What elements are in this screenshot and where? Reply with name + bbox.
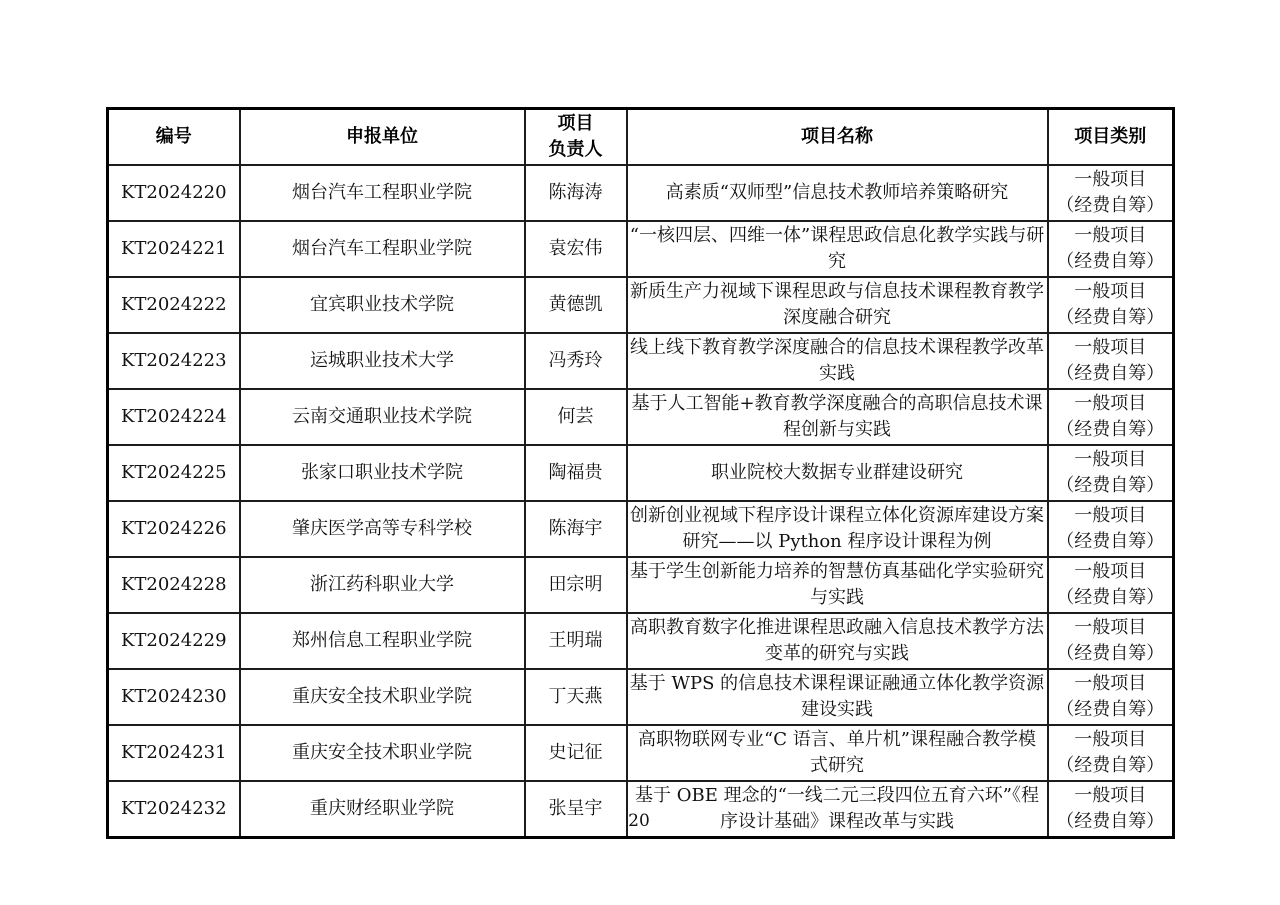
cell-project-id: KT2024225 [108,445,240,501]
cell-category: 一般项目 （经费自筹） [1048,389,1174,445]
cell-category: 一般项目 （经费自筹） [1048,445,1174,501]
cell-category: 一般项目 （经费自筹） [1048,221,1174,277]
table-row: KT2024221 烟台汽车工程职业学院 袁宏伟 “一核四层、四维一体”课程思政… [108,221,1174,277]
cell-leader: 何芸 [525,389,627,445]
cell-title: 高职物联网专业“C 语言、单片机”课程融合教学模式研究 [627,725,1048,781]
cell-title: 新质生产力视域下课程思政与信息技术课程教育教学深度融合研究 [627,277,1048,333]
cell-title: 基于学生创新能力培养的智慧仿真基础化学实验研究与实践 [627,557,1048,613]
page-number: 20 [106,811,1172,831]
cell-leader: 陶福贵 [525,445,627,501]
cell-leader: 冯秀玲 [525,333,627,389]
cell-title: 高素质“双师型”信息技术教师培养策略研究 [627,165,1048,221]
cell-project-id: KT2024226 [108,501,240,557]
cell-unit: 肇庆医学高等专科学校 [240,501,525,557]
table-row: KT2024224 云南交通职业技术学院 何芸 基于人工智能+教育教学深度融合的… [108,389,1174,445]
header-cell-category: 项目类别 [1048,109,1174,166]
cell-unit: 烟台汽车工程职业学院 [240,165,525,221]
cell-unit: 宜宾职业技术学院 [240,277,525,333]
cell-unit: 浙江药科职业大学 [240,557,525,613]
cell-title: 基于 WPS 的信息技术课程课证融通立体化教学资源建设实践 [627,669,1048,725]
table-row: KT2024231 重庆安全技术职业学院 史记征 高职物联网专业“C 语言、单片… [108,725,1174,781]
cell-leader: 史记征 [525,725,627,781]
header-cell-title: 项目名称 [627,109,1048,166]
cell-project-id: KT2024230 [108,669,240,725]
cell-project-id: KT2024224 [108,389,240,445]
cell-leader: 黄德凯 [525,277,627,333]
header-cell-id: 编号 [108,109,240,166]
table-row: KT2024228 浙江药科职业大学 田宗明 基于学生创新能力培养的智慧仿真基础… [108,557,1174,613]
cell-category: 一般项目 （经费自筹） [1048,557,1174,613]
cell-project-id: KT2024221 [108,221,240,277]
cell-project-id: KT2024220 [108,165,240,221]
cell-unit: 郑州信息工程职业学院 [240,613,525,669]
cell-title: 线上线下教育教学深度融合的信息技术课程教学改革实践 [627,333,1048,389]
cell-category: 一般项目 （经费自筹） [1048,725,1174,781]
cell-project-id: KT2024222 [108,277,240,333]
table-row: KT2024222 宜宾职业技术学院 黄德凯 新质生产力视域下课程思政与信息技术… [108,277,1174,333]
table-row: KT2024225 张家口职业技术学院 陶福贵 职业院校大数据专业群建设研究 一… [108,445,1174,501]
cell-category: 一般项目 （经费自筹） [1048,165,1174,221]
header-row: 编号 申报单位 项目 负责人 项目名称 项目类别 [108,109,1174,166]
cell-category: 一般项目 （经费自筹） [1048,333,1174,389]
cell-category: 一般项目 （经费自筹） [1048,501,1174,557]
cell-unit: 张家口职业技术学院 [240,445,525,501]
cell-title: 创新创业视域下程序设计课程立体化资源库建设方案研究——以 Python 程序设计… [627,501,1048,557]
cell-unit: 运城职业技术大学 [240,333,525,389]
cell-title: 高职教育数字化推进课程思政融入信息技术教学方法变革的研究与实践 [627,613,1048,669]
table-row: KT2024229 郑州信息工程职业学院 王明瑞 高职教育数字化推进课程思政融入… [108,613,1174,669]
cell-category: 一般项目 （经费自筹） [1048,669,1174,725]
cell-leader: 王明瑞 [525,613,627,669]
cell-unit: 重庆安全技术职业学院 [240,669,525,725]
cell-unit: 云南交通职业技术学院 [240,389,525,445]
cell-project-id: KT2024223 [108,333,240,389]
cell-project-id: KT2024229 [108,613,240,669]
table-row: KT2024230 重庆安全技术职业学院 丁天燕 基于 WPS 的信息技术课程课… [108,669,1174,725]
table-row: KT2024226 肇庆医学高等专科学校 陈海宇 创新创业视域下程序设计课程立体… [108,501,1174,557]
table-row: KT2024223 运城职业技术大学 冯秀玲 线上线下教育教学深度融合的信息技术… [108,333,1174,389]
projects-table: 编号 申报单位 项目 负责人 项目名称 项目类别 KT2024220 烟台汽车工… [106,107,1175,839]
cell-unit: 烟台汽车工程职业学院 [240,221,525,277]
cell-title: 职业院校大数据专业群建设研究 [627,445,1048,501]
cell-leader: 陈海宇 [525,501,627,557]
cell-leader: 丁天燕 [525,669,627,725]
cell-category: 一般项目 （经费自筹） [1048,277,1174,333]
cell-title: 基于人工智能+教育教学深度融合的高职信息技术课程创新与实践 [627,389,1048,445]
cell-leader: 袁宏伟 [525,221,627,277]
cell-project-id: KT2024231 [108,725,240,781]
document-page: 编号 申报单位 项目 负责人 项目名称 项目类别 KT2024220 烟台汽车工… [0,0,1280,905]
header-cell-unit: 申报单位 [240,109,525,166]
cell-leader: 田宗明 [525,557,627,613]
cell-title: “一核四层、四维一体”课程思政信息化教学实践与研究 [627,221,1048,277]
cell-leader: 陈海涛 [525,165,627,221]
cell-category: 一般项目 （经费自筹） [1048,613,1174,669]
table-row: KT2024220 烟台汽车工程职业学院 陈海涛 高素质“双师型”信息技术教师培… [108,165,1174,221]
cell-project-id: KT2024228 [108,557,240,613]
header-cell-leader: 项目 负责人 [525,109,627,166]
cell-unit: 重庆安全技术职业学院 [240,725,525,781]
